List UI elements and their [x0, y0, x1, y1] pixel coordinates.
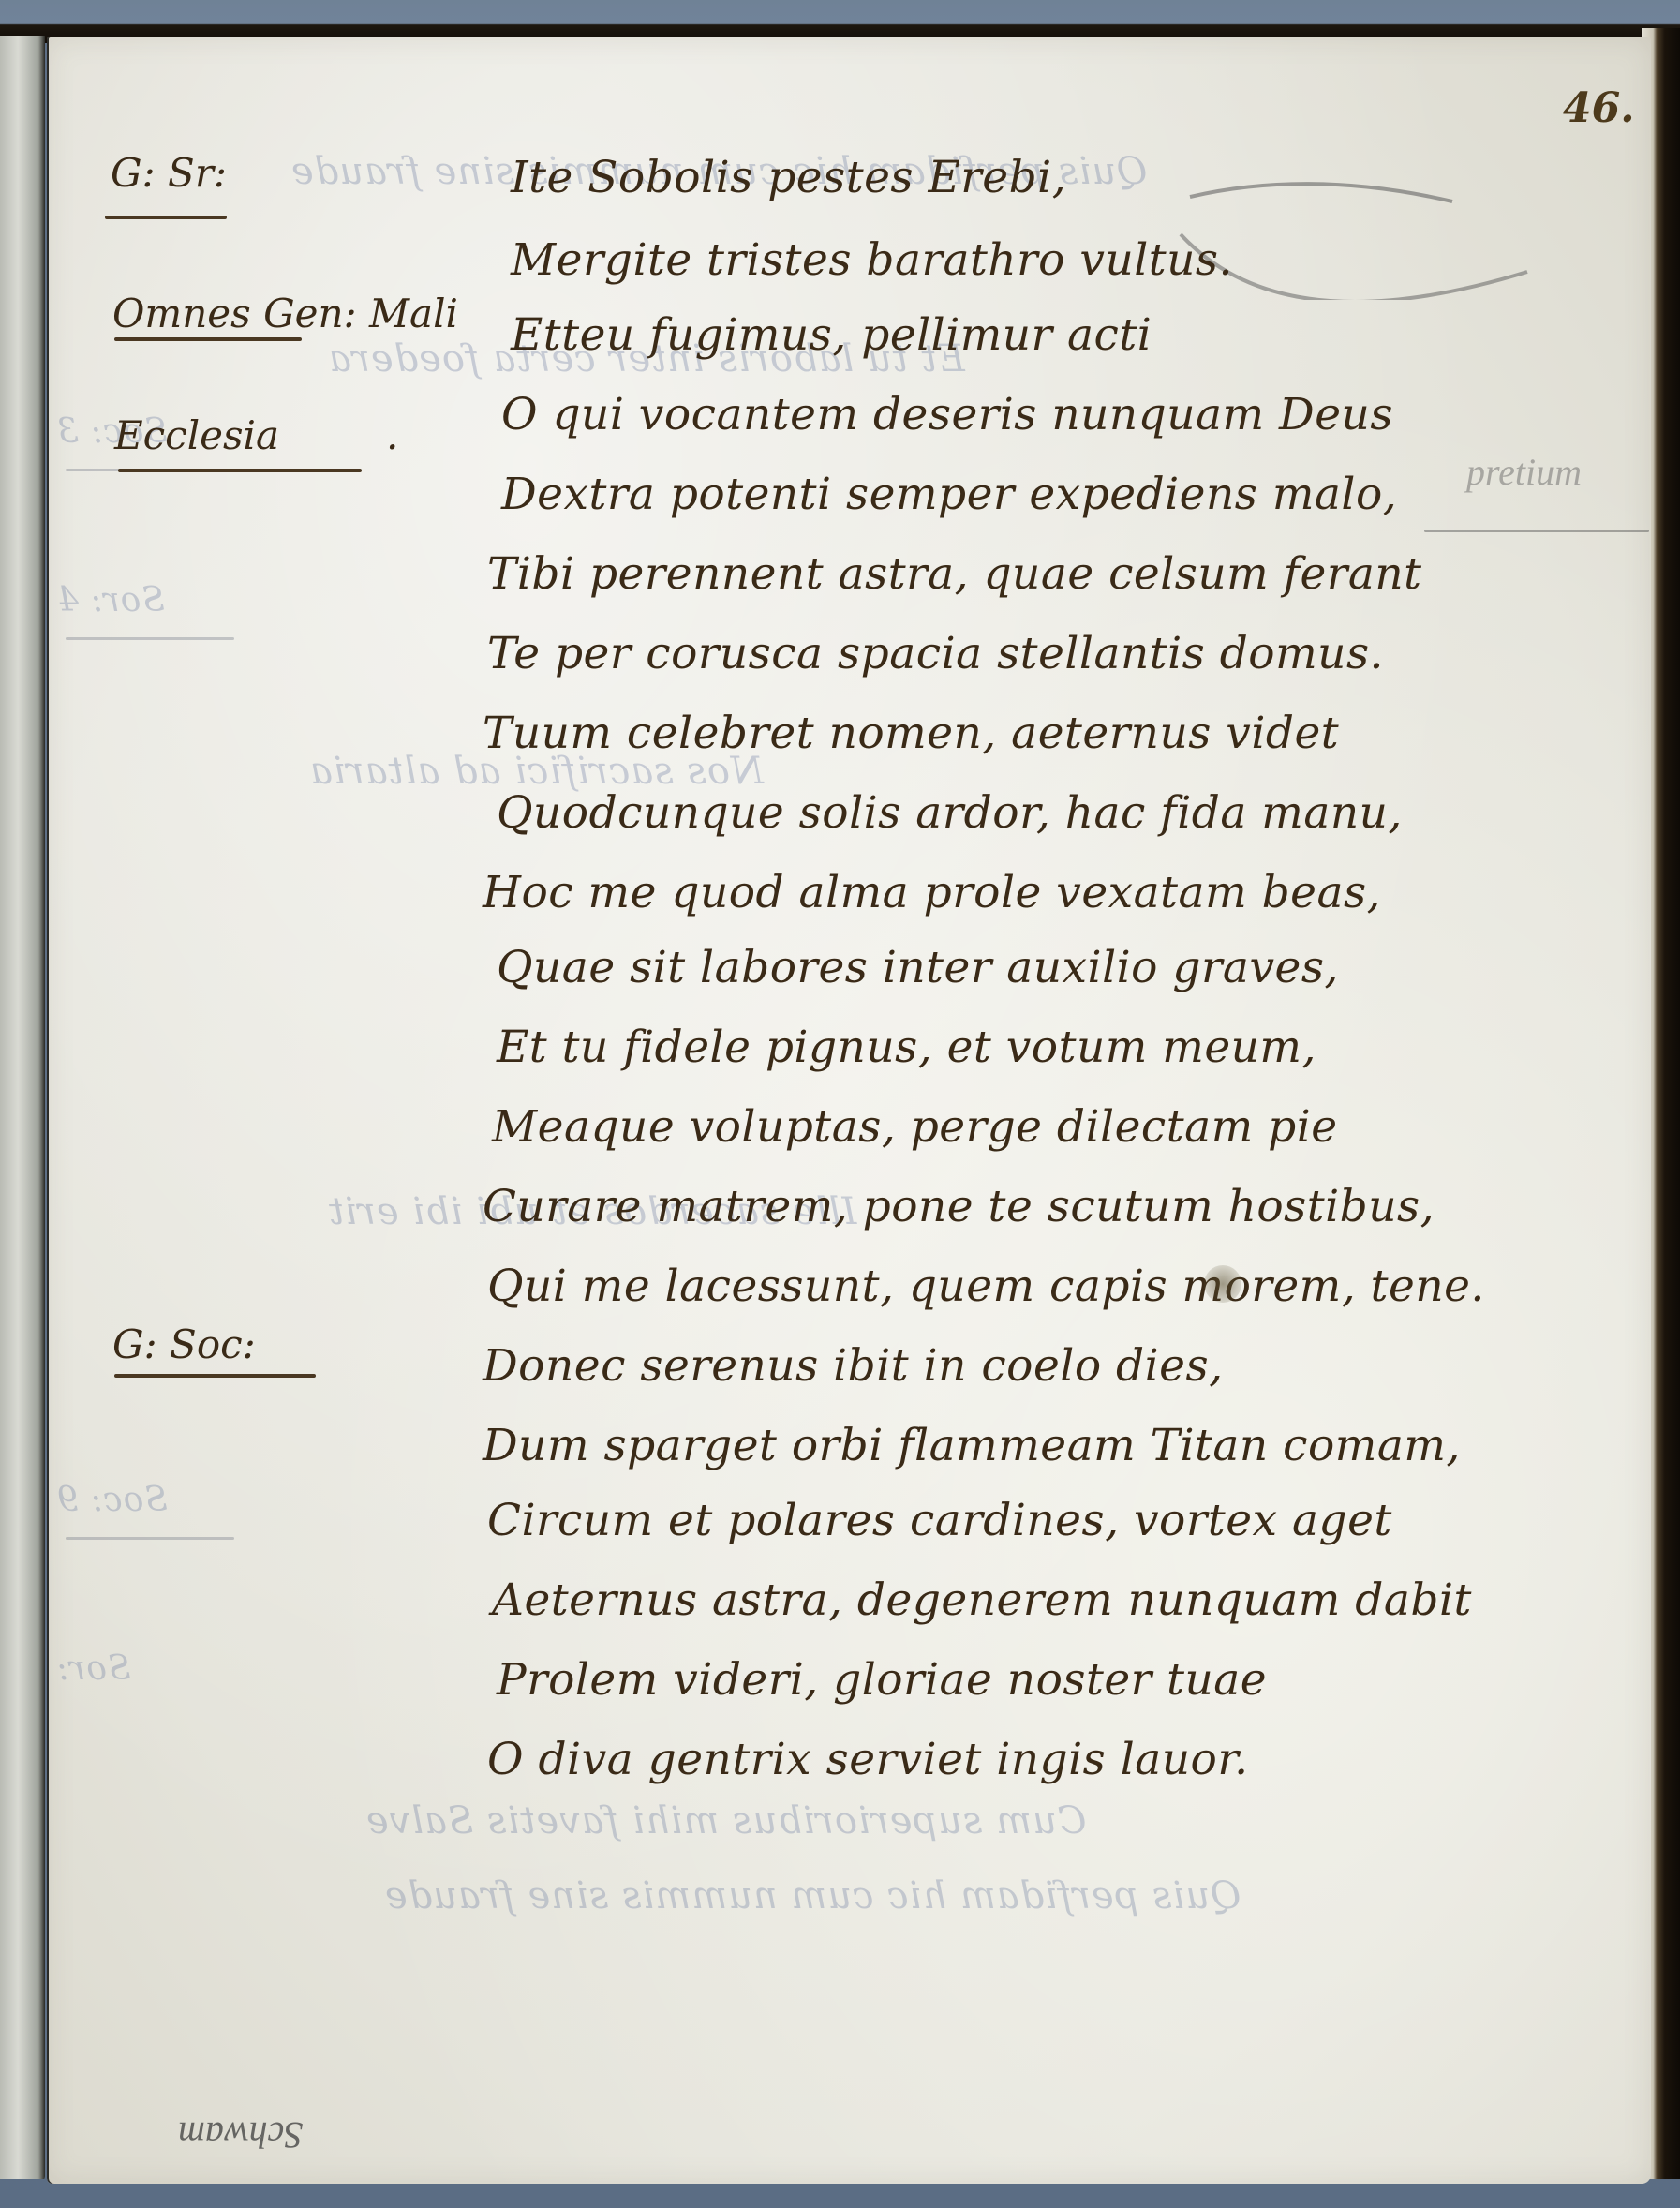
- marginal-pencil-note: pretium: [1466, 450, 1582, 494]
- verse-line-12: Et tu fidele pignus, et votum meum,: [497, 1022, 1316, 1073]
- verse-line-14: Curare matrem, pone te scutum hostibus,: [483, 1181, 1435, 1232]
- verse-line-7: Te per corusca spacia stellantis domus.: [487, 628, 1384, 679]
- verse-line-21: O diva gentrix serviet ingis lauor.: [487, 1734, 1249, 1785]
- verse-line-8: Tuum celebret nomen, aeternus videt: [483, 708, 1339, 759]
- verse-line-11: Quae sit labores inter auxilio graves,: [497, 942, 1339, 993]
- bleed-through-rule: [66, 637, 234, 640]
- speaker-underline: [105, 216, 227, 219]
- verse-line-19: Aeternus astra, degenerem nunquam dabit: [492, 1574, 1472, 1626]
- speaker-underline: [114, 1374, 316, 1378]
- bleed-through-rule: [66, 1537, 234, 1540]
- bleed-through-margin-2: Sor: 4: [56, 581, 165, 619]
- speaker-label-g-sr: G: Sr:: [111, 150, 227, 196]
- verse-line-6: Tibi perennent astra, quae celsum ferant: [487, 548, 1422, 600]
- ink-stain: [1204, 1265, 1241, 1303]
- verse-line-18: Circum et polares cardines, vortex aget: [487, 1495, 1392, 1546]
- verse-line-9: Quodcunque solis ardor, hac fida manu,: [497, 787, 1403, 839]
- speaker-label-ecclesia: Ecclesia: [114, 412, 279, 458]
- bleed-through-line: Quis perfidam hic cum nummis sine fraude: [384, 1874, 1241, 1917]
- bleed-through-line: Cum superioribus mihi favetis Salve: [365, 1799, 1086, 1842]
- verse-line-16: Donec serenus ibit in coelo dies,: [483, 1340, 1224, 1392]
- bleed-through-margin-4: Sor:: [56, 1649, 131, 1688]
- speaker-underline: [114, 337, 302, 341]
- verse-line-2: Mergite tristes barathro vultus.: [511, 234, 1233, 286]
- previous-page-edge: [0, 36, 45, 2182]
- verse-line-3: Etteu fugimus, pellimur acti: [511, 309, 1152, 361]
- verse-line-10: Hoc me quod alma prole vexatam beas,: [483, 867, 1381, 918]
- speaker-label-dot: .: [386, 412, 398, 458]
- bleed-through-margin-3: Soc: 9: [56, 1481, 168, 1519]
- verse-line-17: Dum sparget orbi flammeam Titan comam,: [483, 1420, 1461, 1471]
- folio-number: 46.: [1563, 84, 1635, 132]
- manuscript-page: Soc: 3 Sor: 4 Soc: 9 Sor: Quis perfidam …: [47, 37, 1651, 2184]
- verse-line-5: Dextra potenti semper expediens malo,: [501, 469, 1397, 520]
- verse-line-20: Prolem videri, gloriae noster tuae: [497, 1654, 1267, 1706]
- marginal-pencil-rule: [1424, 530, 1649, 532]
- pencil-signature: Schwam: [178, 2113, 303, 2157]
- speaker-label-g-soc: G: Soc:: [112, 1321, 256, 1367]
- verse-line-13: Meaque voluptas, perge dilectam pie: [492, 1101, 1338, 1153]
- verse-line-1: Ite Sobolis pestes Erebi,: [511, 152, 1066, 203]
- speaker-label-omnes-gen-mali: Omnes Gen: Mali: [112, 291, 458, 336]
- speaker-underline: [118, 469, 362, 472]
- verse-line-4: O qui vocantem deseris nunquam Deus: [501, 389, 1393, 440]
- verse-line-15: Qui me lacessunt, quem capis morem, tene…: [487, 1261, 1485, 1312]
